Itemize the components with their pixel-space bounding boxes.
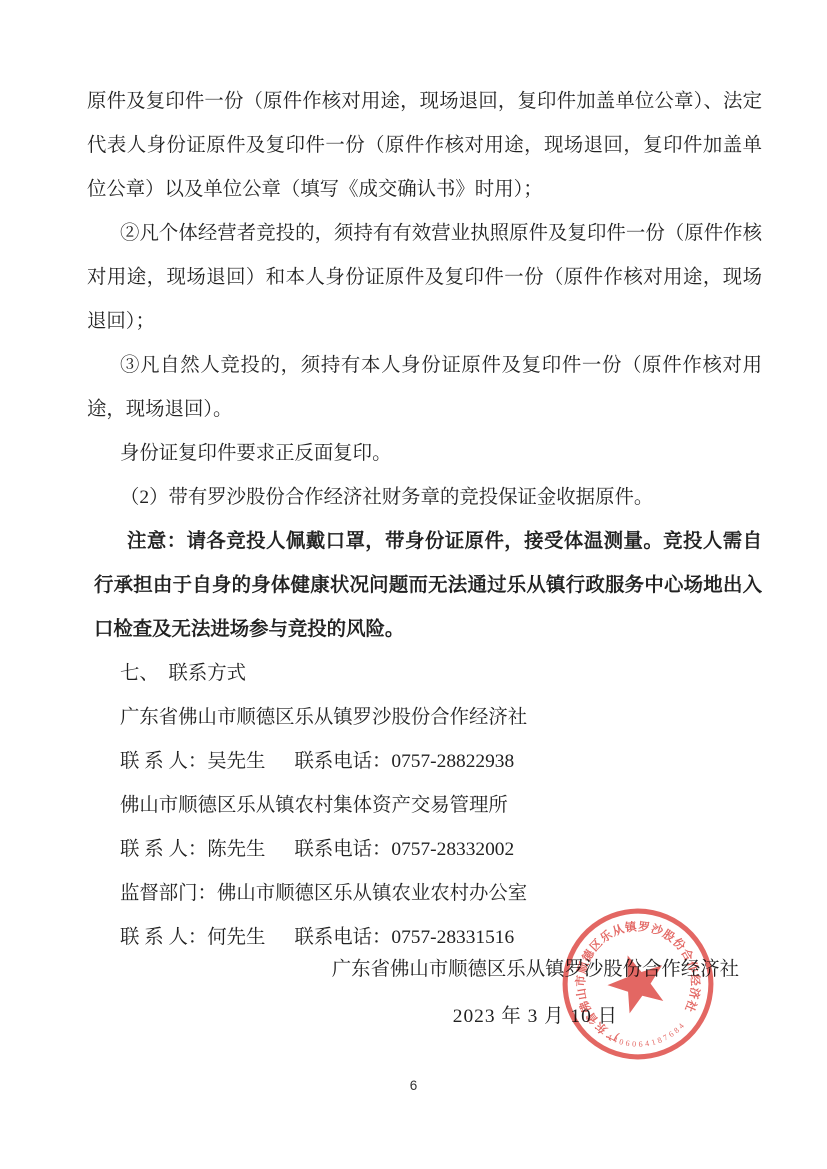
contact-phone-2: 联系电话：0757-28332002 xyxy=(294,828,514,872)
section-heading-contact: 七、 联系方式 xyxy=(87,652,762,696)
contact-org-3: 监督部门：佛山市顺德区乐从镇农业农村办公室 xyxy=(87,872,762,916)
contact-org-2: 佛山市顺德区乐从镇农村集体资产交易管理所 xyxy=(87,784,762,828)
signature-org: 广东省佛山市顺德区乐从镇罗沙股份合作经济社 xyxy=(332,948,739,992)
contact-row-1: 联 系 人：吴先生 联系电话：0757-28822938 xyxy=(87,740,762,784)
signature-block: 广东省佛山市顺德区乐从镇罗沙股份合作经济社 2023 年 3 月 10 日 xyxy=(332,948,762,1039)
contact-row-2: 联 系 人：陈先生 联系电话：0757-28332002 xyxy=(87,828,762,872)
contact-phone-1: 联系电话：0757-28822938 xyxy=(294,740,514,784)
contact-person-1: 联 系 人：吴先生 xyxy=(120,740,265,784)
paragraph-id-copy-note: 身份证复印件要求正反面复印。 xyxy=(87,432,762,476)
paragraph-deposit-receipt: （2）带有罗沙股份合作经济社财务章的竞投保证金收据原件。 xyxy=(87,476,762,520)
paragraph-item-3: ③凡自然人竞投的，须持有本人身份证原件及复印件一份（原件作核对用途，现场退回）。 xyxy=(87,344,762,432)
document-body: 原件及复印件一份（原件作核对用途，现场退回，复印件加盖单位公章）、法定代表人身份… xyxy=(87,80,762,960)
contact-org-1: 广东省佛山市顺德区乐从镇罗沙股份合作经济社 xyxy=(87,696,762,740)
contact-person-2: 联 系 人：陈先生 xyxy=(120,828,265,872)
paragraph-continuation: 原件及复印件一份（原件作核对用途，现场退回，复印件加盖单位公章）、法定代表人身份… xyxy=(87,80,762,212)
contact-person-3: 联 系 人：何先生 xyxy=(120,916,265,960)
document-page: 原件及复印件一份（原件作核对用途，现场退回，复印件加盖单位公章）、法定代表人身份… xyxy=(0,0,827,1169)
page-number: 6 xyxy=(0,1078,827,1093)
paragraph-item-2: ②凡个体经营者竞投的，须持有有效营业执照原件及复印件一份（原件作核对用途，现场退… xyxy=(87,212,762,344)
paragraph-notice-bold: 注意：请各竞投人佩戴口罩，带身份证原件，接受体温测量。竞投人需自行承担由于自身的… xyxy=(94,520,762,652)
signature-date: 2023 年 3 月 10 日 xyxy=(332,995,739,1039)
